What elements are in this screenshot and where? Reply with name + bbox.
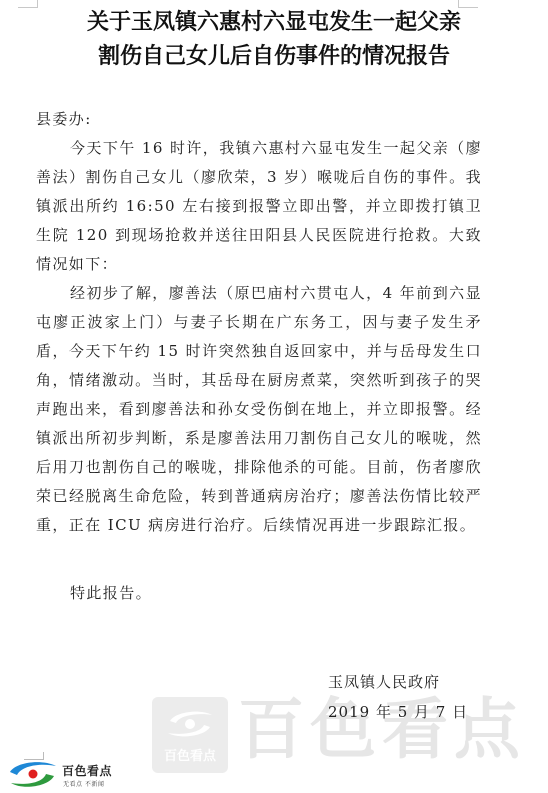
watermark-swirl-icon <box>166 709 214 739</box>
signature-organization: 玉凤镇人民政府 <box>328 668 440 697</box>
watermark-box-label: 百色看点 <box>152 745 228 764</box>
document-title-line-2: 割伤自己女儿后自伤事件的情况报告 <box>0 40 548 74</box>
logo-crop-mark <box>24 752 44 760</box>
salutation: 县委办: <box>36 105 482 134</box>
paragraph-details: 经初步了解，廖善法（原巴庙村六贯屯人，4 年前到六显屯廖正波家上门）与妻子长期在… <box>36 279 482 540</box>
signature-date: 2019 年 5 月 7 日 <box>328 698 468 727</box>
paragraph-closing: 特此报告。 <box>36 579 482 608</box>
paragraph-incident-summary: 今天下午 16 时许，我镇六惠村六显屯发生一起父亲（廖善法）割伤自己女儿（廖欣荣… <box>36 134 482 279</box>
document-title-line-1: 关于玉凤镇六惠村六显屯发生一起父亲 <box>0 6 548 40</box>
eye-swirl-logo-icon <box>8 760 58 788</box>
watermark-logo-box: 百色看点 <box>152 697 228 773</box>
logo-name: 百色看点 <box>62 762 112 779</box>
brand-logo: 百色看点 无看点 不新闻 <box>8 752 138 792</box>
logo-tagline: 无看点 不新闻 <box>63 779 104 788</box>
